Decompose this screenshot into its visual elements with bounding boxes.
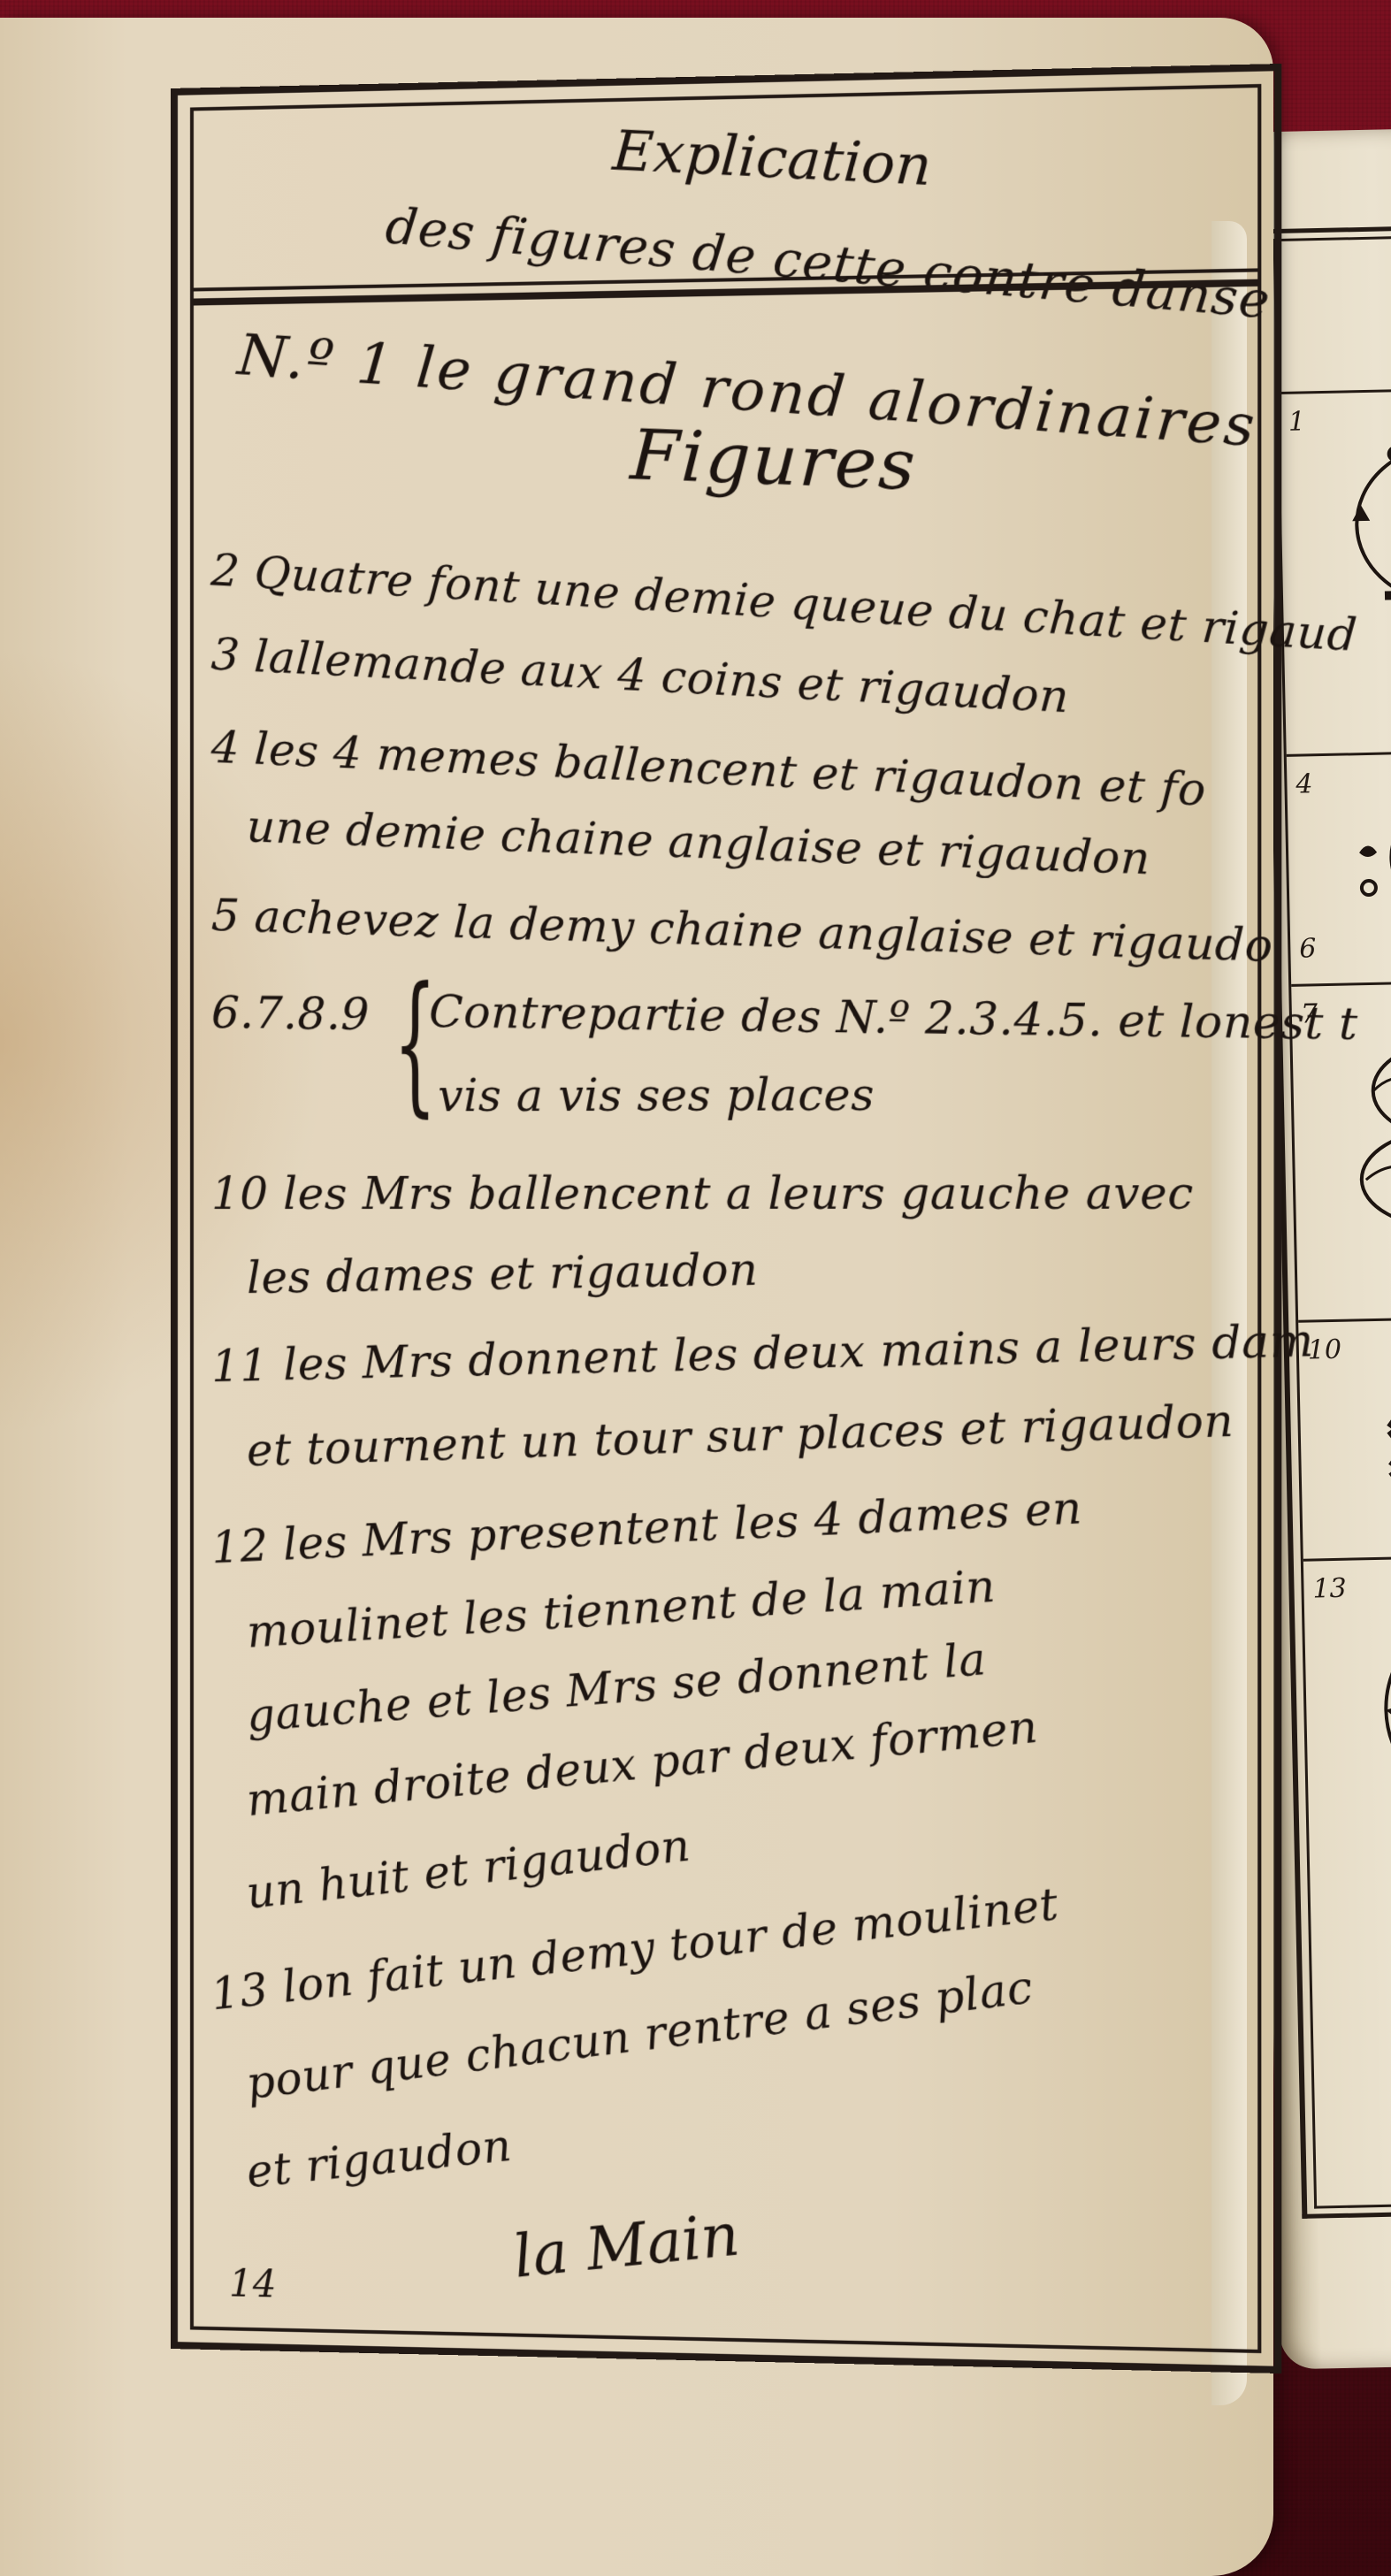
entry-line: 6.7.8.9 xyxy=(210,987,370,1041)
document-page: Explication des figures de cette contre … xyxy=(0,18,1273,2576)
section-title-figures: Figures xyxy=(629,416,919,507)
figure-number: 13 xyxy=(1312,1573,1347,1605)
figure-eight-icon xyxy=(1345,1017,1391,1250)
figures-explanation-body: N.º 1 le grand rond alordinaires Figures… xyxy=(211,304,1249,2276)
entry-line: 4 les 4 memes ballencent et rigaudon et … xyxy=(210,722,1207,816)
catchword: la Main xyxy=(509,2200,743,2291)
entry-line: 5 achevez la demy chaine anglaise et rig… xyxy=(210,890,1274,972)
entry-line: 3 lallemande aux 4 coins et rigaudon xyxy=(210,628,1071,722)
page-number: 14 xyxy=(229,2261,277,2305)
figure-number: 4 xyxy=(1295,768,1313,799)
entry-line: et rigaudon xyxy=(243,2119,514,2198)
entry-line: les dames et rigaudon xyxy=(247,1243,759,1303)
title-explication: Explication xyxy=(610,118,934,198)
engraved-border-inner: Explication des figures de cette contre … xyxy=(190,84,1261,2353)
entry-line: vis a vis ses places xyxy=(438,1069,875,1122)
entry-line: 12 les Mrs presentent les 4 dames en xyxy=(210,1482,1083,1574)
figure-number: 6 xyxy=(1299,933,1317,964)
balance-arrows-icon xyxy=(1352,1353,1391,1533)
figure-cell-4: 4 6 xyxy=(1287,750,1391,987)
entry-line: une demie chaine anglaise et rigaudon xyxy=(246,800,1151,884)
half-chain-icon xyxy=(1341,787,1391,967)
moulinet-circle-icon xyxy=(1357,1592,1391,1843)
round-dance-circle-icon xyxy=(1333,425,1391,606)
entry-line: et tournent un tour sur places et rigaud… xyxy=(246,1395,1234,1476)
entry-line: 10 les Mrs ballencent a leurs gauche ave… xyxy=(211,1167,1194,1219)
engraved-border-outer: Explication des figures de cette contre … xyxy=(171,64,1281,2373)
figure-number: 1 xyxy=(1288,406,1306,437)
title-cartouche: Explication des figures de cette contre … xyxy=(194,88,1257,291)
figure-cell-13: 13 xyxy=(1303,1554,1391,1959)
entry-line: un huit et rigaudon xyxy=(243,1819,693,1919)
entry-line: 11 les Mrs donnent les deux mains a leur… xyxy=(210,1314,1314,1392)
entry-line: Contrepartie des N.º 2.3.4.5. et lonest … xyxy=(429,986,1359,1051)
